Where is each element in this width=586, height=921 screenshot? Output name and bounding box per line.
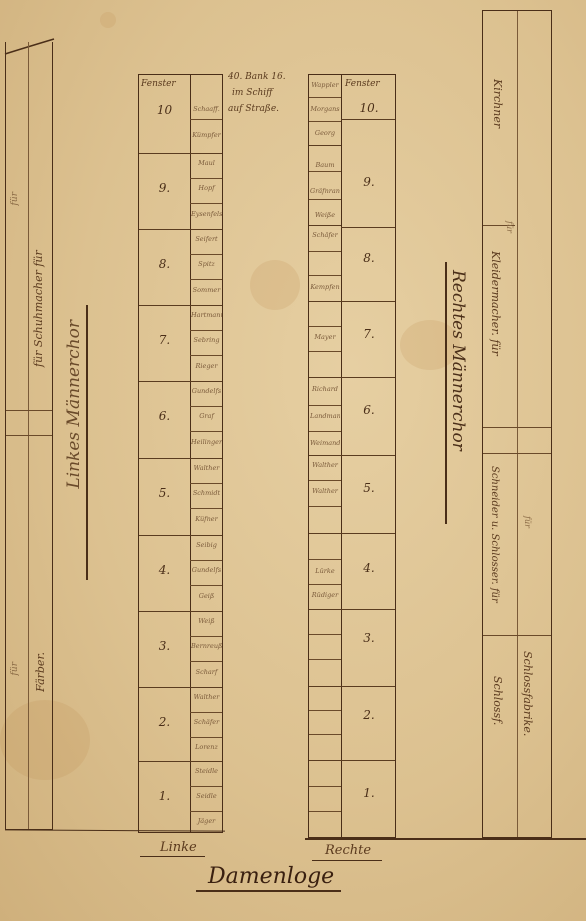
name-line <box>190 560 222 561</box>
pew-name[interactable]: Schmidt <box>191 489 222 497</box>
pew-name[interactable]: Baum <box>310 161 340 169</box>
left-box-hline <box>6 410 52 411</box>
right-box-schlossfabrike: Schlossfabrike. <box>521 651 534 736</box>
right-box-kleidermacher: Kleidermacher. für <box>489 251 502 356</box>
name-line <box>309 275 341 276</box>
right-window-6: 6. Richard Landmann Weimand <box>309 377 395 455</box>
window-number: 2. <box>342 708 396 722</box>
name-line <box>190 178 222 179</box>
pew-name[interactable]: Rieger <box>191 362 222 370</box>
label-rechte: Rechte <box>325 843 371 858</box>
right-window-2: 2. <box>309 686 395 760</box>
header-note-line1: 40. Bank 16. <box>228 72 286 82</box>
left-choir-label: Linkes Männerchor <box>64 320 84 489</box>
right-window-1: 1. <box>309 760 395 837</box>
pew-name[interactable]: Landmann <box>310 412 340 420</box>
label-linke-underline <box>140 856 205 857</box>
left-box-hline <box>6 435 52 436</box>
pew-name[interactable]: Walther <box>310 487 340 495</box>
pew-name[interactable]: Seifert <box>191 235 222 243</box>
window-number: 6. <box>139 409 190 423</box>
right-box-schneider: Schneider u. Schlosser. für <box>489 466 500 603</box>
label-damenloge-underline <box>196 890 341 892</box>
left-window-7: 7. Hartmann Sebring Rieger <box>139 305 222 381</box>
window-number: 4. <box>139 563 190 577</box>
name-line <box>190 254 222 255</box>
base-line-right <box>305 838 586 840</box>
left-box-upper-col2: für Schuhmacher für <box>32 117 45 367</box>
right-box-middle-col2: für <box>505 221 514 233</box>
right-box-schlossf: Schlossf. <box>491 676 504 725</box>
pew-name[interactable]: Eysenfels <box>191 210 222 218</box>
name-line <box>190 585 222 586</box>
name-line <box>190 406 222 407</box>
right-box-kirchner: Kirchner <box>491 79 504 128</box>
pew-name[interactable]: Lürke <box>310 567 340 575</box>
name-line <box>309 659 341 660</box>
window-number: 3. <box>139 639 190 653</box>
pew-name[interactable]: Walther <box>310 461 340 469</box>
left-window-1: 1. Steidle Seidle Jäger <box>139 761 222 834</box>
left-pew-block: Fenster 10 Schaaff. Kümpfer 9. Maul Hopf… <box>138 74 223 833</box>
window-number: 9. <box>342 175 396 189</box>
pew-name[interactable]: Seidle <box>191 792 222 800</box>
left-window-3: 3. Weiß Bernreuß Scharf <box>139 611 222 687</box>
name-line <box>190 661 222 662</box>
pew-name[interactable]: Walther <box>191 693 222 701</box>
window-number: 2. <box>139 715 190 729</box>
right-window-4: 4. Lürke Rüdiger <box>309 533 395 609</box>
name-line <box>190 483 222 484</box>
pew-name[interactable]: Weiße <box>310 211 340 219</box>
window-number: 5. <box>139 486 190 500</box>
name-line <box>309 326 341 327</box>
label-linke: Linke <box>160 840 197 855</box>
right-box-lower-col2: für <box>523 516 532 528</box>
pew-name[interactable]: Spitz <box>191 260 222 268</box>
name-line <box>190 712 222 713</box>
window-number: 5. <box>342 481 396 495</box>
window-number: 8. <box>342 251 396 265</box>
right-box-hline <box>483 635 551 636</box>
pew-name[interactable]: Küfner <box>191 515 222 523</box>
pew-name[interactable]: Scharf <box>191 668 222 676</box>
name-line <box>190 431 222 432</box>
name-line <box>309 351 341 352</box>
pew-name[interactable]: Kümpfer <box>191 131 222 139</box>
name-line <box>309 786 341 787</box>
right-window-8: 8. Schäfer Kempfen <box>309 225 395 301</box>
curved-top-edge <box>4 38 56 56</box>
pew-name[interactable]: Schaaff. <box>191 105 222 113</box>
name-line <box>309 431 341 432</box>
paper-stain <box>250 260 300 310</box>
pew-name[interactable]: Sommer <box>191 286 222 294</box>
left-window-4: 4. Seibig Gundelfs Geiß <box>139 535 222 611</box>
pew-name[interactable]: Graf <box>191 412 222 420</box>
name-line <box>309 811 341 812</box>
left-window-5: 5. Walther Schmidt Küfner <box>139 458 222 535</box>
pew-name[interactable]: Bernreuß <box>191 642 222 650</box>
left-window-10: 10 Schaaff. Kümpfer <box>139 75 222 153</box>
name-line <box>309 97 341 98</box>
name-line <box>309 559 341 560</box>
label-rechte-underline <box>312 860 382 861</box>
pew-name[interactable]: Lorenz <box>191 743 222 751</box>
name-line <box>190 119 222 120</box>
pew-name[interactable]: Geiß <box>191 592 222 600</box>
name-line <box>190 508 222 509</box>
pew-name[interactable]: Walther <box>191 464 222 472</box>
name-line <box>190 355 222 356</box>
right-side-box: Kirchner für Kleidermacher. für für Schn… <box>482 10 552 838</box>
name-line <box>190 811 222 812</box>
window-number: 3. <box>342 631 396 645</box>
name-line <box>309 171 341 172</box>
left-side-box: für für Schuhmacher für für Färber. <box>5 42 53 830</box>
name-line <box>190 279 222 280</box>
name-line <box>309 480 341 481</box>
right-pew-block: Fenster 10. Wappler Morgans Georg 9. Bau… <box>308 74 396 838</box>
name-line <box>309 710 341 711</box>
window-number: 4. <box>342 561 396 575</box>
header-note-line2: im Schiff <box>232 88 273 98</box>
pew-name[interactable]: Gundelfs <box>191 387 222 395</box>
pew-name[interactable]: Heilinger <box>191 438 222 446</box>
right-box-hline <box>483 453 551 454</box>
name-line <box>190 636 222 637</box>
left-box-upper-col1: für <box>10 192 20 205</box>
right-window-3: 3. <box>309 609 395 686</box>
pew-name[interactable]: Weimand <box>310 439 340 447</box>
right-choir-underline <box>445 262 447 524</box>
pew-name[interactable]: Maul <box>191 159 222 167</box>
pew-name[interactable]: Gräfnrand <box>310 187 340 195</box>
left-window-2: 2. Walther Schäfer Lorenz <box>139 687 222 761</box>
right-box-hline <box>483 427 551 428</box>
left-box-lower-col1: für <box>10 662 20 675</box>
name-line <box>309 506 341 507</box>
pew-name[interactable]: Schäfer <box>191 718 222 726</box>
pew-name[interactable]: Kempfen <box>310 283 340 291</box>
window-number: 6. <box>342 403 396 417</box>
header-note-line3: auf Straße. <box>228 104 279 114</box>
left-window-9: 9. Maul Hopf Eysenfels <box>139 153 222 229</box>
window-number: 1. <box>342 786 396 800</box>
right-window-5: 5. Walther Walther <box>309 455 395 533</box>
name-line <box>309 634 341 635</box>
pew-name[interactable]: Richard <box>310 385 340 393</box>
pew-name[interactable]: Jäger <box>191 817 222 825</box>
window-number: 9. <box>139 181 190 195</box>
pew-name[interactable]: Weiß <box>191 617 222 625</box>
name-line <box>309 251 341 252</box>
left-window-6: 6. Gundelfs Graf Heilinger <box>139 381 222 458</box>
label-damenloge: Damenloge <box>208 864 334 889</box>
pew-name[interactable]: Hopf <box>191 184 222 192</box>
pew-name[interactable]: Gundelfs <box>191 566 222 574</box>
left-window-8: 8. Seifert Spitz Sommer <box>139 229 222 305</box>
pew-name[interactable]: Rüdiger <box>310 591 340 599</box>
name-line <box>309 734 341 735</box>
pew-name[interactable]: Schäfer <box>310 231 340 239</box>
pew-name[interactable]: Wappler <box>310 81 340 89</box>
window-number: 7. <box>139 333 190 347</box>
left-box-lower-col2: Färber. <box>34 652 47 692</box>
window-number: 1. <box>139 789 190 803</box>
right-choir-label: Rechtes Männerchor <box>448 270 468 451</box>
right-window-7: 7. Mayer <box>309 301 395 377</box>
pew-name[interactable]: Morgans <box>310 105 340 113</box>
name-line <box>309 405 341 406</box>
name-line <box>190 330 222 331</box>
name-line <box>309 584 341 585</box>
window-number: 10. <box>342 101 396 115</box>
pew-name[interactable]: Mayer <box>310 333 340 341</box>
name-line <box>190 786 222 787</box>
pew-name[interactable]: Hartmann <box>191 311 222 319</box>
pew-name[interactable]: Sebring <box>191 336 222 344</box>
window-number: 8. <box>139 257 190 271</box>
right-window-9: 9. Baum Gräfnrand Weiße <box>309 119 395 195</box>
pew-name[interactable]: Seibig <box>191 541 222 549</box>
left-choir-underline <box>86 305 88 580</box>
name-line <box>190 737 222 738</box>
paper-stain <box>100 12 116 28</box>
name-line <box>309 199 341 200</box>
right-box-divider <box>517 11 518 837</box>
name-line <box>190 203 222 204</box>
window-number: 7. <box>342 327 396 341</box>
base-line-left <box>5 829 225 831</box>
pew-name[interactable]: Steidle <box>191 767 222 775</box>
window-number: 10 <box>139 103 190 117</box>
